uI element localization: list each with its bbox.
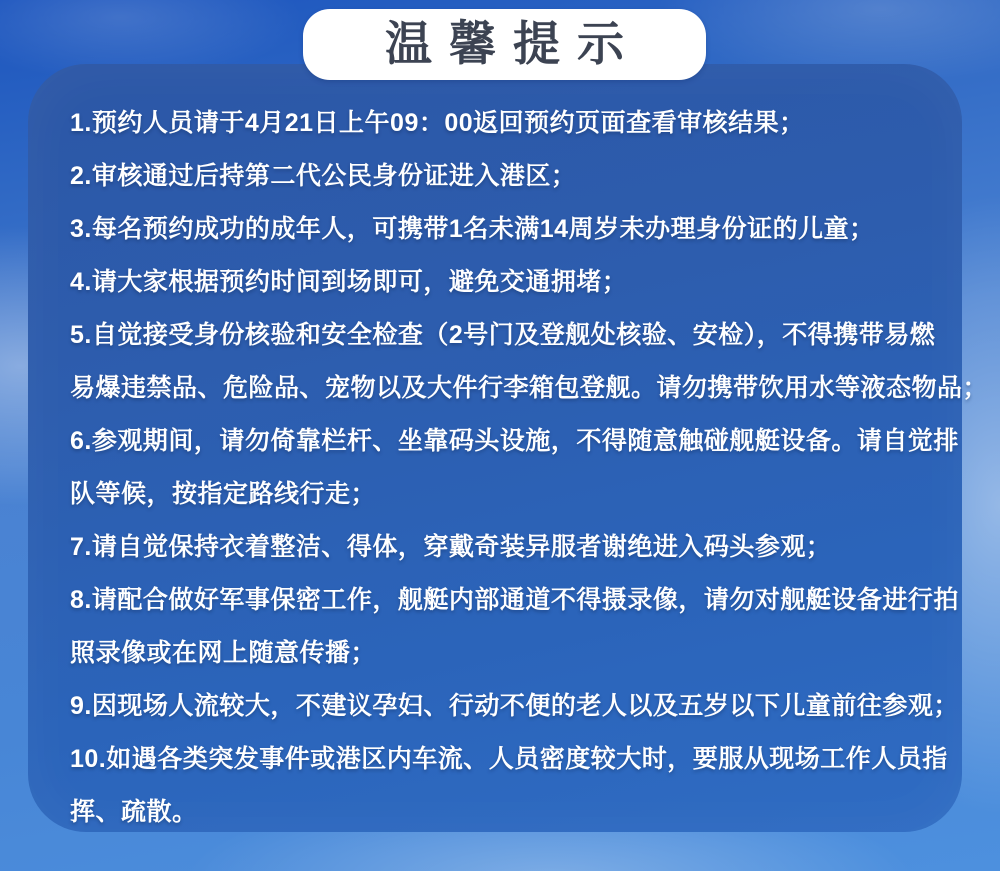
notice-item-9: 9.因现场人流较大，不建议孕妇、行动不便的老人以及五岁以下儿童前往参观；: [70, 680, 962, 733]
notice-line: 6.参观期间，请勿倚靠栏杆、坐靠码头设施，不得随意触碰舰艇设备。请自觉排: [70, 415, 962, 468]
notice-item-6: 6.参观期间，请勿倚靠栏杆、坐靠码头设施，不得随意触碰舰艇设备。请自觉排队等候，…: [70, 415, 962, 521]
notice-item-5: 5.自觉接受身份核验和安全检查（2号门及登舰处核验、安检），不得携带易燃易爆违禁…: [70, 309, 962, 415]
notice-item-3: 3.每名预约成功的成年人，可携带1名未满14周岁未办理身份证的儿童；: [70, 203, 962, 256]
notice-line: 1.预约人员请于4月21日上午09：00返回预约页面查看审核结果；: [70, 97, 962, 150]
notice-line: 2.审核通过后持第二代公民身份证进入港区；: [70, 150, 962, 203]
notice-list: 1.预约人员请于4月21日上午09：00返回预约页面查看审核结果；2.审核通过后…: [70, 97, 962, 839]
notice-item-1: 1.预约人员请于4月21日上午09：00返回预约页面查看审核结果；: [70, 97, 962, 150]
notice-item-7: 7.请自觉保持衣着整洁、得体，穿戴奇装异服者谢绝进入码头参观；: [70, 521, 962, 574]
page-title: 温馨提示: [385, 20, 641, 69]
notice-line: 挥、疏散。: [70, 786, 962, 839]
notice-panel: 1.预约人员请于4月21日上午09：00返回预约页面查看审核结果；2.审核通过后…: [28, 64, 962, 832]
notice-item-4: 4.请大家根据预约时间到场即可，避免交通拥堵；: [70, 256, 962, 309]
notice-item-8: 8.请配合做好军事保密工作，舰艇内部通道不得摄录像，请勿对舰艇设备进行拍照录像或…: [70, 574, 962, 680]
notice-line: 10.如遇各类突发事件或港区内车流、人员密度较大时，要服从现场工作人员指: [70, 733, 962, 786]
notice-line: 4.请大家根据预约时间到场即可，避免交通拥堵；: [70, 256, 962, 309]
notice-line: 9.因现场人流较大，不建议孕妇、行动不便的老人以及五岁以下儿童前往参观；: [70, 680, 962, 733]
sky-background: 1.预约人员请于4月21日上午09：00返回预约页面查看审核结果；2.审核通过后…: [0, 0, 1000, 871]
title-banner: 温馨提示: [303, 9, 706, 80]
notice-item-2: 2.审核通过后持第二代公民身份证进入港区；: [70, 150, 962, 203]
notice-line: 8.请配合做好军事保密工作，舰艇内部通道不得摄录像，请勿对舰艇设备进行拍: [70, 574, 962, 627]
notice-line: 5.自觉接受身份核验和安全检查（2号门及登舰处核验、安检），不得携带易燃: [70, 309, 962, 362]
notice-item-10: 10.如遇各类突发事件或港区内车流、人员密度较大时，要服从现场工作人员指挥、疏散…: [70, 733, 962, 839]
notice-line: 3.每名预约成功的成年人，可携带1名未满14周岁未办理身份证的儿童；: [70, 203, 962, 256]
notice-line: 7.请自觉保持衣着整洁、得体，穿戴奇装异服者谢绝进入码头参观；: [70, 521, 962, 574]
notice-line: 易爆违禁品、危险品、宠物以及大件行李箱包登舰。请勿携带饮用水等液态物品；: [70, 362, 962, 415]
notice-line: 照录像或在网上随意传播；: [70, 627, 962, 680]
notice-line: 队等候，按指定路线行走；: [70, 468, 962, 521]
